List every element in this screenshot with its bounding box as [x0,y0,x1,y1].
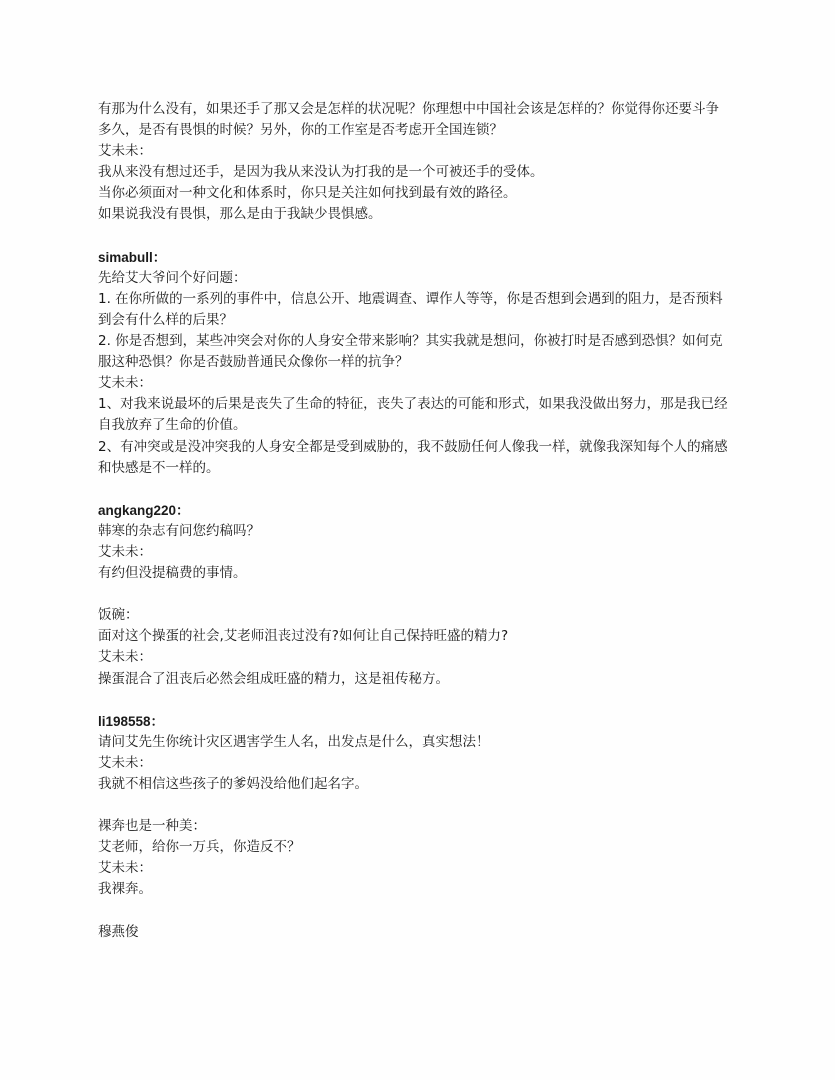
text-line: 1、对我来说最坏的后果是丧失了生命的特征，丧失了表达的可能和形式，如果我没做出努… [98,394,758,415]
spacer [98,795,758,816]
asker-username: li198558： [98,711,758,732]
text-line: 请问艾先生你统计灾区遇害学生人名，出发点是什么，真实想法！ [98,732,758,753]
answerer-label: 艾未未： [98,858,758,879]
qa-block: li198558： 请问艾先生你统计灾区遇害学生人名，出发点是什么，真实想法！ … [98,711,758,795]
text-line: 当你必须面对一种文化和体系时，你只是关注如何找到最有效的路径。 [98,183,758,204]
text-line: 如果说我没有畏惧，那么是由于我缺少畏惧感。 [98,204,758,225]
text-line: 我就不相信这些孩子的爹妈没给他们起名字。 [98,774,758,795]
text-line: 2、有冲突或是没冲突我的人身安全都是受到威胁的，我不鼓励任何人像我一样，就像我深… [98,437,758,458]
answerer-label: 艾未未： [98,542,758,563]
qa-block: 裸奔也是一种美： 艾老师，给你一万兵，你造反不？ 艾未未： 我裸奔。 [98,816,758,900]
text-line: 1. 在你所做的一系列的事件中，信息公开、地震调查、谭作人等等，你是否想到会遇到… [98,289,758,310]
text-line: 我裸奔。 [98,879,758,900]
spacer [98,479,758,500]
spacer [98,584,758,605]
answerer-label: 艾未未： [98,647,758,668]
signature-block: 穆燕俊 [98,922,758,943]
text-line: 艾老师，给你一万兵，你造反不？ [98,837,758,858]
answerer-label: 艾未未： [98,753,758,774]
author-signature: 穆燕俊 [98,922,758,943]
text-line: 面对这个操蛋的社会,艾老师沮丧过没有?如何让自己保持旺盛的精力? [98,626,758,647]
spacer [98,226,758,247]
text-line: 先给艾大爷问个好问题： [98,268,758,289]
asker-username: simabull： [98,247,758,268]
answerer-label: 艾未未： [98,141,758,162]
qa-block: 有那为什么没有，如果还手了那又会是怎样的状况呢？你理想中中国社会该是怎样的？你觉… [98,99,758,226]
text-line: 多久，是否有畏惧的时候？另外，你的工作室是否考虑开全国连锁？ [98,120,758,141]
text-line: 到会有什么样的后果？ [98,310,758,331]
text-line: 韩寒的杂志有问您约稿吗？ [98,521,758,542]
document-page: 有那为什么没有，如果还手了那又会是怎样的状况呢？你理想中中国社会该是怎样的？你觉… [98,99,758,943]
asker-username: angkang220： [98,500,758,521]
text-line: 我从来没有想过还手，是因为我从来没认为打我的是一个可被还手的受体。 [98,162,758,183]
qa-block: 饭碗： 面对这个操蛋的社会,艾老师沮丧过没有?如何让自己保持旺盛的精力? 艾未未… [98,605,758,689]
spacer [98,690,758,711]
answerer-label: 艾未未： [98,373,758,394]
spacer [98,901,758,922]
qa-block: angkang220： 韩寒的杂志有问您约稿吗？ 艾未未： 有约但没提稿费的事情… [98,500,758,584]
text-line: 服这种恐惧？你是否鼓励普通民众像你一样的抗争？ [98,352,758,373]
text-line: 有那为什么没有，如果还手了那又会是怎样的状况呢？你理想中中国社会该是怎样的？你觉… [98,99,758,120]
qa-block: simabull： 先给艾大爷问个好问题： 1. 在你所做的一系列的事件中，信息… [98,247,758,479]
text-line: 和快感是不一样的。 [98,458,758,479]
text-line: 2. 你是否想到，某些冲突会对你的人身安全带来影响？其实我就是想问，你被打时是否… [98,331,758,352]
asker-username: 饭碗： [98,605,758,626]
text-line: 操蛋混合了沮丧后必然会组成旺盛的精力，这是祖传秘方。 [98,669,758,690]
asker-username: 裸奔也是一种美： [98,816,758,837]
text-line: 有约但没提稿费的事情。 [98,563,758,584]
text-line: 自我放弃了生命的价值。 [98,415,758,436]
